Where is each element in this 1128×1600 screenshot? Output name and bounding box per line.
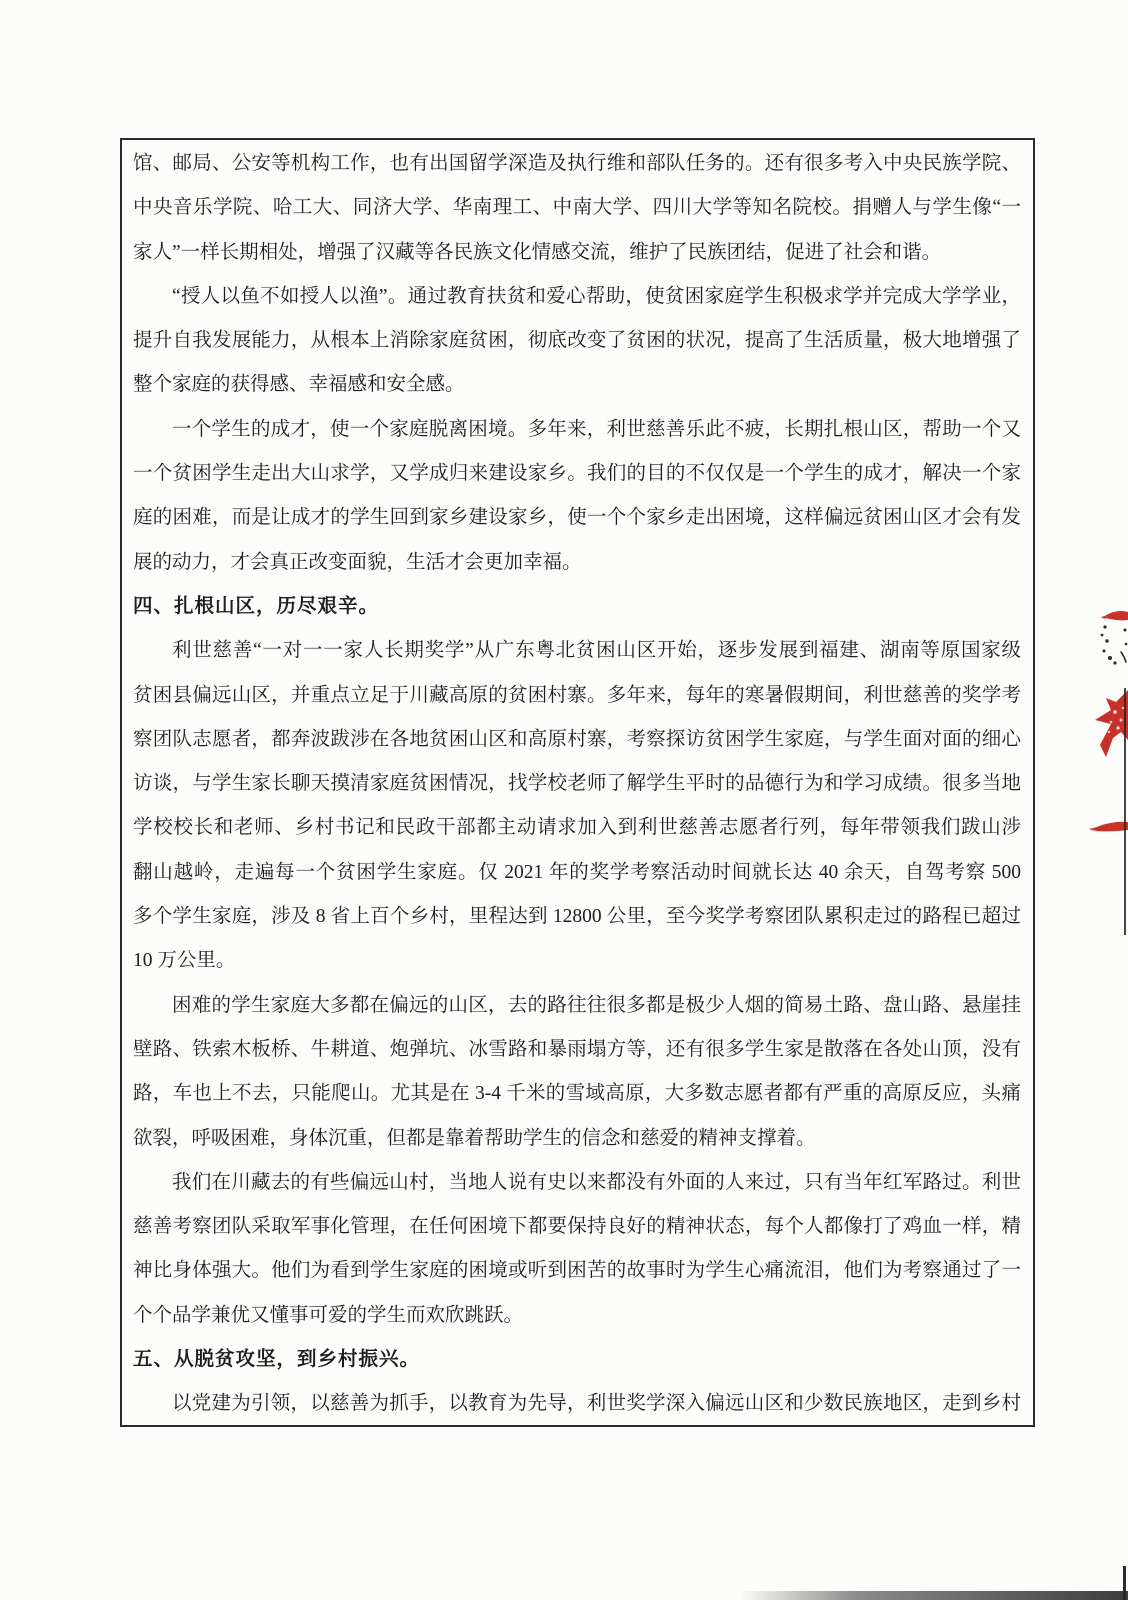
text-line: 访谈，与学生家长聊天摸清家庭贫困情况，找学校老师了解学生平时的品德行为和学习成绩… (133, 762, 1021, 806)
text-line: 展的动力，才会真正改变面貌，生活才会更加幸福。 (133, 541, 1021, 585)
text-line: 家人”一样长期相处，增强了汉藏等各民族文化情感交流，维护了民族团结，促进了社会和… (133, 231, 1021, 275)
scanned-page: 馆、邮局、公安等机构工作，也有出国留学深造及执行维和部队任务的。还有很多考入中央… (0, 0, 1128, 1600)
text-line: 学校校长和老师、乡村书记和民政干部都主动请求加入到利世慈善志愿者行列，每年带领我… (133, 806, 1021, 850)
scan-edge-line (1124, 688, 1126, 935)
text-line: 贫困县偏远山区，并重点立足于川藏高原的贫困村寨。多年来，每年的寒暑假期间，利世慈… (133, 674, 1021, 718)
text-line: 庭的困难，而是让成才的学生回到家乡建设家乡，使一个个家乡走出困境，这样偏远贫困山… (133, 496, 1021, 540)
text-line: 我们在川藏去的有些偏远山村，当地人说有史以来都没有外面的人来过，只有当年红军路过… (133, 1161, 1021, 1205)
text-line: 整个家庭的获得感、幸福感和安全感。 (133, 363, 1021, 407)
scan-edge-shadow (740, 1591, 1128, 1600)
text-line: 以党建为引领，以慈善为抓手，以教育为先导，利世奖学深入偏远山区和少数民族地区，走… (133, 1382, 1021, 1426)
text-line: 中央音乐学院、哈工大、同济大学、华南理工、中南大学、四川大学等知名院校。捐赠人与… (133, 186, 1021, 230)
text-line: 察团队志愿者，都奔波跋涉在各地贫困山区和高原村寨，考察探访贫困学生家庭，与学生面… (133, 718, 1021, 762)
text-line: 馆、邮局、公安等机构工作，也有出国留学深造及执行维和部队任务的。还有很多考入中央… (133, 142, 1021, 186)
text-line: 欲裂，呼吸困难，身体沉重，但都是靠着帮助学生的信念和慈爱的精神支撑着。 (133, 1117, 1021, 1161)
text-line: 神比身体强大。他们为看到学生家庭的困境或听到困苦的故事时为学生心痛流泪，他们为考… (133, 1249, 1021, 1293)
text-line: 困难的学生家庭大多都在偏远的山区，去的路往往很多都是极少人烟的简易土路、盘山路、… (133, 984, 1021, 1028)
text-line: 壁路、铁索木板桥、牛耕道、炮弹坑、冰雪路和暴雨塌方等，还有很多学生家是散落在各处… (133, 1028, 1021, 1072)
section-heading: 五、从脱贫攻坚，到乡村振兴。 (133, 1338, 1021, 1382)
text-line: 利世慈善“一对一一家人长期奖学”从广东粤北贫困山区开始，逐步发展到福建、湖南等原… (133, 629, 1021, 673)
section-heading: 四、扎根山区，历尽艰辛。 (133, 585, 1021, 629)
red-seal-stamp-fragment (1085, 600, 1128, 845)
text-line: “授人以鱼不如授人以渔”。通过教育扶贫和爱心帮助，使贫困家庭学生积极求学并完成大… (133, 275, 1021, 319)
text-line: 一个贫困学生走出大山求学，又学成归来建设家乡。我们的目的不仅仅是一个学生的成才，… (133, 452, 1021, 496)
text-line: 10 万公里。 (133, 939, 1021, 983)
text-line: 多个学生家庭，涉及 8 省上百个乡村，里程达到 12800 公里，至今奖学考察团… (133, 895, 1021, 939)
document-lines: 馆、邮局、公安等机构工作，也有出国留学深造及执行维和部队任务的。还有很多考入中央… (133, 142, 1021, 1427)
text-line: 提升自我发展能力，从根本上消除家庭贫困，彻底改变了贫困的状况，提高了生活质量，极… (133, 319, 1021, 363)
text-line: 慈善考察团队采取军事化管理，在任何困境下都要保持良好的精神状态，每个人都像打了鸡… (133, 1205, 1021, 1249)
text-line: 翻山越岭，走遍每一个贫困学生家庭。仅 2021 年的奖学考察活动时间就长达 40… (133, 851, 1021, 895)
text-line: 一个学生的成才，使一个家庭脱离困境。多年来，利世慈善乐此不疲，长期扎根山区，帮助… (133, 408, 1021, 452)
text-line: 个个品学兼优又懂事可爱的学生而欢欣跳跃。 (133, 1294, 1021, 1338)
text-line: 路，车也上不去，只能爬山。尤其是在 3-4 千米的雪域高原，大多数志愿者都有严重… (133, 1072, 1021, 1116)
